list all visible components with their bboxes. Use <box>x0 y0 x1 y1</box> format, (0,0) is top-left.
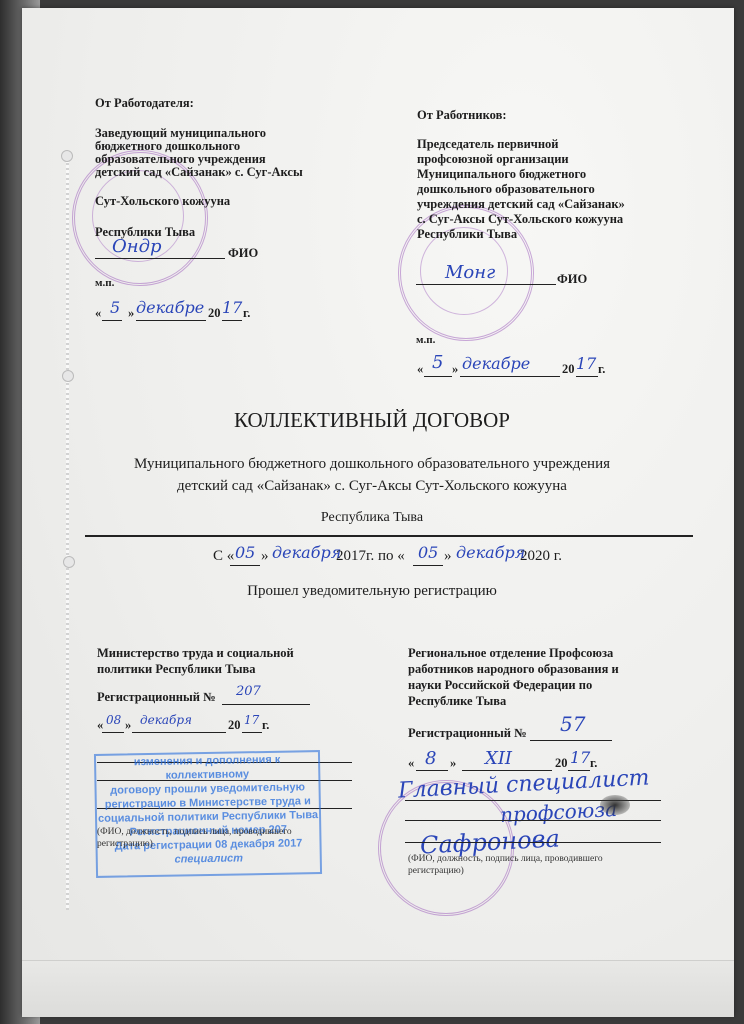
signature-line <box>95 258 225 259</box>
employer-date-close: » <box>128 306 134 321</box>
period-from-month: декабря <box>272 543 341 562</box>
employees-date-year-end: г. <box>598 362 605 377</box>
employees-seal-label: м.п. <box>416 333 435 348</box>
date-underline <box>460 376 560 377</box>
period-to-year-text: 2020 г. <box>520 548 562 565</box>
employees-fio-label: ФИО <box>557 272 587 287</box>
date-underline <box>230 565 260 566</box>
date-underline <box>136 320 206 321</box>
employer-date-month: декабре <box>136 298 204 317</box>
employees-heading: От Работников: <box>417 108 506 123</box>
employees-date-year-suffix: 17 <box>576 354 596 373</box>
period-from-label: С « <box>213 548 234 565</box>
employer-fio-label: ФИО <box>228 246 258 261</box>
date-underline <box>576 376 598 377</box>
union-line: Республике Тыва <box>408 694 506 709</box>
period-to-month: декабря <box>456 543 525 562</box>
union-date-month: XII <box>485 748 512 769</box>
ministry-date-open: « <box>97 718 103 733</box>
union-line: работников народного образования и <box>408 662 619 677</box>
document-subtitle: Муниципального бюджетного дошкольного об… <box>0 456 744 473</box>
document-subtitle: Республика Тыва <box>0 510 744 526</box>
employer-position-line: детский сад «Сайзанак» с. Суг-Аксы <box>95 165 303 180</box>
employees-signature: Монг <box>445 262 495 283</box>
registration-note: Прошел уведомительную регистрацию <box>0 583 744 600</box>
employer-signature: Ондр <box>112 236 162 257</box>
ministry-date-year-end: г. <box>262 718 269 733</box>
ministry-reg-number: 207 <box>236 684 261 699</box>
ministry-date-year-prefix: 20 <box>228 718 241 733</box>
employees-position-line: профсоюзной организации <box>417 152 569 167</box>
binding-knot <box>63 556 75 568</box>
page-fold <box>22 960 734 1017</box>
employees-position-line: Республики Тыва <box>417 227 517 242</box>
employer-date-year-suffix: 17 <box>222 298 242 317</box>
employer-region-line: Сут-Хольского кожууна <box>95 194 230 209</box>
registrar-line <box>405 842 661 843</box>
period-to-day: 05 <box>418 543 438 562</box>
union-reg-number: 57 <box>560 712 585 736</box>
date-underline <box>102 320 122 321</box>
union-line: Региональное отделение Профсоюза <box>408 646 613 661</box>
employer-seal-label: м.п. <box>95 276 114 291</box>
ink-smudge <box>600 795 630 815</box>
employees-date-open: « <box>417 362 423 377</box>
union-line: науки Российской Федерации по <box>408 678 592 693</box>
date-underline <box>413 565 443 566</box>
employees-date-day: 5 <box>432 352 443 373</box>
employer-date-open: « <box>95 306 101 321</box>
binding-knot <box>61 150 73 162</box>
union-date-close: » <box>450 756 456 771</box>
union-date-year-suffix: 17 <box>570 748 590 767</box>
ministry-registration-stamp: изменения и дополнения к коллективному д… <box>94 750 322 878</box>
employees-date-month: декабре <box>462 354 530 373</box>
signature-line <box>416 284 556 285</box>
document-subtitle: детский сад «Сайзанак» с. Суг-Аксы Сут-Х… <box>0 478 744 495</box>
date-underline <box>424 376 452 377</box>
employees-position-line: Муниципального бюджетного <box>417 167 586 182</box>
employer-date-year-end: г. <box>243 306 250 321</box>
employees-date-close: » <box>452 362 458 377</box>
ministry-date-close: » <box>125 718 131 733</box>
reg-number-line <box>530 740 612 741</box>
union-date-open: « <box>408 756 414 771</box>
date-underline <box>416 770 448 771</box>
date-underline <box>132 732 226 733</box>
period-from-year-text: 2017г. по « <box>336 548 405 565</box>
employees-position-line: дошкольного образовательного <box>417 182 595 197</box>
union-date-day: 8 <box>425 748 436 769</box>
ministry-caption: (ФИО, должность, подпись лица, проводивш… <box>97 826 337 850</box>
employer-date-day: 5 <box>110 298 120 317</box>
ministry-line: политики Республики Тыва <box>97 662 256 677</box>
period-quote: » <box>261 548 269 565</box>
union-caption: (ФИО, должность, подпись лица, проводивш… <box>408 853 603 865</box>
ministry-reg-label: Регистрационный № <box>97 690 216 705</box>
employees-date-year-prefix: 20 <box>562 362 575 377</box>
date-underline <box>242 732 262 733</box>
ministry-date-day: 08 <box>106 713 121 727</box>
registrar-line <box>405 820 661 821</box>
period-from-day: 05 <box>235 543 255 562</box>
ministry-date-year-suffix: 17 <box>244 713 259 727</box>
union-reg-label: Регистрационный № <box>408 726 527 741</box>
title-divider <box>85 535 693 537</box>
employees-position-line: с. Суг-Аксы Сут-Хольского кожууна <box>417 212 623 227</box>
date-underline <box>102 732 124 733</box>
document-title: КОЛЛЕКТИВНЫЙ ДОГОВОР <box>0 408 744 433</box>
union-caption: регистрацию) <box>408 865 464 877</box>
binding-string <box>66 150 69 910</box>
binding-knot <box>62 370 74 382</box>
employees-position-line: учреждения детский сад «Сайзанак» <box>417 197 625 212</box>
ministry-date-month: декабря <box>140 713 192 727</box>
date-underline <box>222 320 242 321</box>
employer-heading: От Работодателя: <box>95 96 194 111</box>
stamp-line: изменения и дополнения к коллективному <box>96 752 318 784</box>
period-quote: » <box>444 548 452 565</box>
employees-position-line: Председатель первичной <box>417 137 559 152</box>
ministry-line: Министерство труда и социальной <box>97 646 294 661</box>
reg-number-line <box>222 704 310 705</box>
employer-date-year-prefix: 20 <box>208 306 221 321</box>
